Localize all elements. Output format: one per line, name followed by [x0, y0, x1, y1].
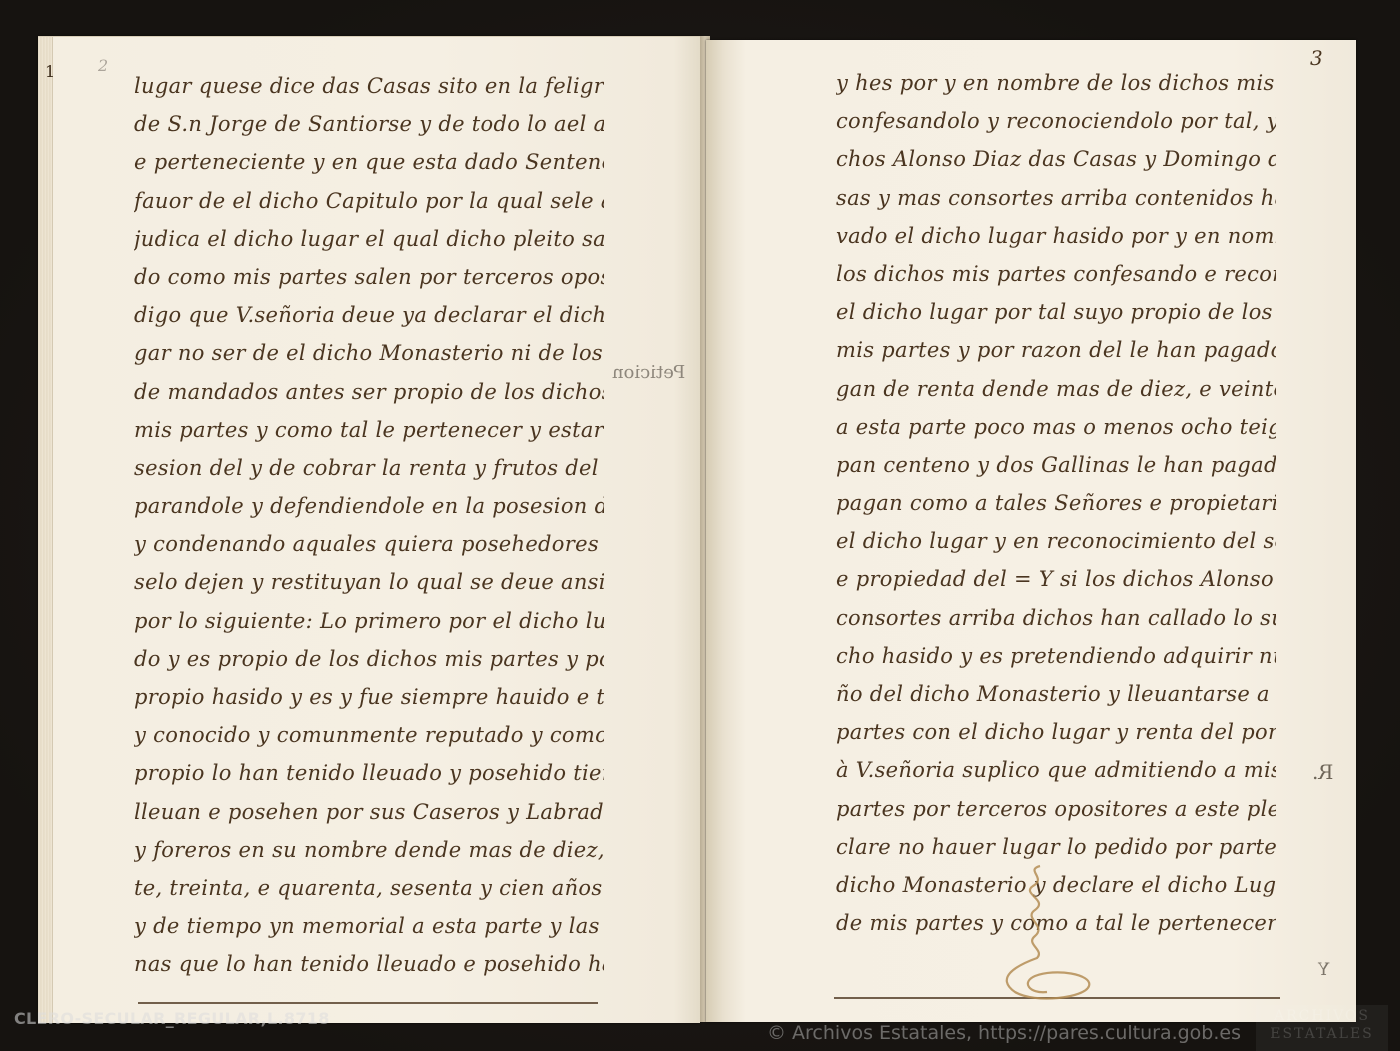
text-line: el dicho lugar y en reconocimiento del s…: [836, 522, 1276, 560]
text-line: gan de renta dende mas de diez, e veinte…: [836, 370, 1276, 408]
text-line: clare no hauer lugar lo pedido por parte…: [836, 828, 1276, 866]
text-line: dicho Monasterio y declare el dicho Luga…: [836, 866, 1276, 904]
text-line: partes con el dicho lugar y renta del po…: [836, 713, 1276, 751]
text-line: nas que lo han tenido lleuado e posehido…: [134, 945, 604, 983]
text-line: y foreros en su nombre dende mas de diez…: [134, 831, 604, 869]
archive-reference-label: CLERO-SECULAR_REGULAR,L.8718: [14, 1009, 330, 1028]
text-line: de mis partes y como a tal le pertenecer…: [836, 904, 1276, 942]
text-line: vado el dicho lugar hasido por y en nomb…: [836, 217, 1276, 255]
text-line: mis partes y por razon del le han pagado…: [836, 331, 1276, 369]
text-line: ño del dicho Monasterio y lleuantarse a …: [836, 675, 1276, 713]
text-line: el dicho lugar por tal suyo propio de lo…: [836, 293, 1276, 331]
text-line: do y es propio de los dichos mis partes …: [134, 640, 604, 678]
text-line: parandole y defendiendole en la posesion…: [134, 487, 604, 525]
text-line: confesandolo y reconociendolo por tal, y…: [836, 102, 1276, 140]
text-line: judica el dicho lugar el qual dicho plei…: [134, 220, 604, 258]
text-line: fauor de el dicho Capitulo por la qual s…: [134, 182, 604, 220]
text-line: sesion del y de cobrar la renta y frutos…: [134, 449, 604, 487]
text-line: y de tiempo yn memorial a esta parte y l…: [134, 907, 604, 945]
text-line: y condenando aquales quiera posehedores …: [134, 525, 604, 563]
right-page-closing-rule: [834, 997, 1280, 999]
text-line: gar no ser de el dicho Monasterio ni de …: [134, 334, 604, 372]
text-line: te, treinta, e quarenta, sesenta y cien …: [134, 869, 604, 907]
text-line: pagan como a tales Señores e propietario…: [836, 484, 1276, 522]
left-page-edge-stack: [38, 37, 53, 1023]
text-line: selo dejen y restituyan lo qual se deue …: [134, 563, 604, 601]
text-line: partes por terceros opositores a este pl…: [836, 790, 1276, 828]
text-line: mis partes y como tal le pertenecer y es…: [134, 411, 604, 449]
left-page-text: lugar quese dice das Casas sito en la fe…: [134, 67, 604, 984]
text-line: sas y mas consortes arriba contenidos ha…: [836, 179, 1276, 217]
text-line: lleuan e posehen por sus Caseros y Labra…: [134, 793, 604, 831]
text-line: à V.señoria suplico que admitiendo a mis…: [836, 751, 1276, 789]
text-line: de S.n Jorge de Santiorse y de todo lo a…: [134, 105, 604, 143]
text-line: digo que V.señoria deue ya declarar el d…: [134, 296, 604, 334]
text-line: de mandados antes ser propio de los dich…: [134, 373, 604, 411]
archive-stamp-watermark: ARCHIVOS ESTATALES: [1256, 1005, 1388, 1051]
text-line: los dichos mis partes confesando e recon…: [836, 255, 1276, 293]
text-line: propio hasido y es y fue siempre hauido …: [134, 678, 604, 716]
text-line: cho hasido y es pretendiendo adquirir nu…: [836, 637, 1276, 675]
text-line: chos Alonso Diaz das Casas y Domingo das…: [836, 140, 1276, 178]
text-line: lugar quese dice das Casas sito en la fe…: [134, 67, 604, 105]
text-line: e perteneciente y en que esta dado Sente…: [134, 143, 604, 181]
right-page-text: y hes por y en nombre de los dichos mis …: [836, 64, 1276, 942]
text-line: e propiedad del = Y si los dichos Alonso…: [836, 560, 1276, 598]
margin-note-y: Y: [1318, 960, 1329, 980]
text-line: y conocido y comunmente reputado y como …: [134, 716, 604, 754]
text-line: do como mis partes salen por terceros op…: [134, 258, 604, 296]
text-line: a esta parte poco mas o menos ocho teiga…: [836, 408, 1276, 446]
left-page-closing-rule: [138, 1002, 598, 1004]
margin-note-r: R.: [1312, 760, 1333, 784]
text-line: por lo siguiente: Lo primero por el dich…: [134, 602, 604, 640]
folio-number: 3: [1310, 46, 1323, 70]
faint-corner-mark: 2: [98, 56, 108, 75]
text-line: consortes arriba dichos han callado lo s…: [836, 599, 1276, 637]
corner-mark: 1: [45, 62, 55, 81]
scan-viewport: 1 2 lugar quese dice das Casas sito en l…: [0, 0, 1400, 1051]
copyright-watermark: © Archivos Estatales, https://pares.cult…: [767, 1022, 1241, 1044]
margin-note-peticion: Peticion: [612, 362, 685, 383]
text-line: propio lo han tenido lleuado y posehido …: [134, 754, 604, 792]
text-line: pan centeno y dos Gallinas le han pagado…: [836, 446, 1276, 484]
text-line: y hes por y en nombre de los dichos mis …: [836, 64, 1276, 102]
